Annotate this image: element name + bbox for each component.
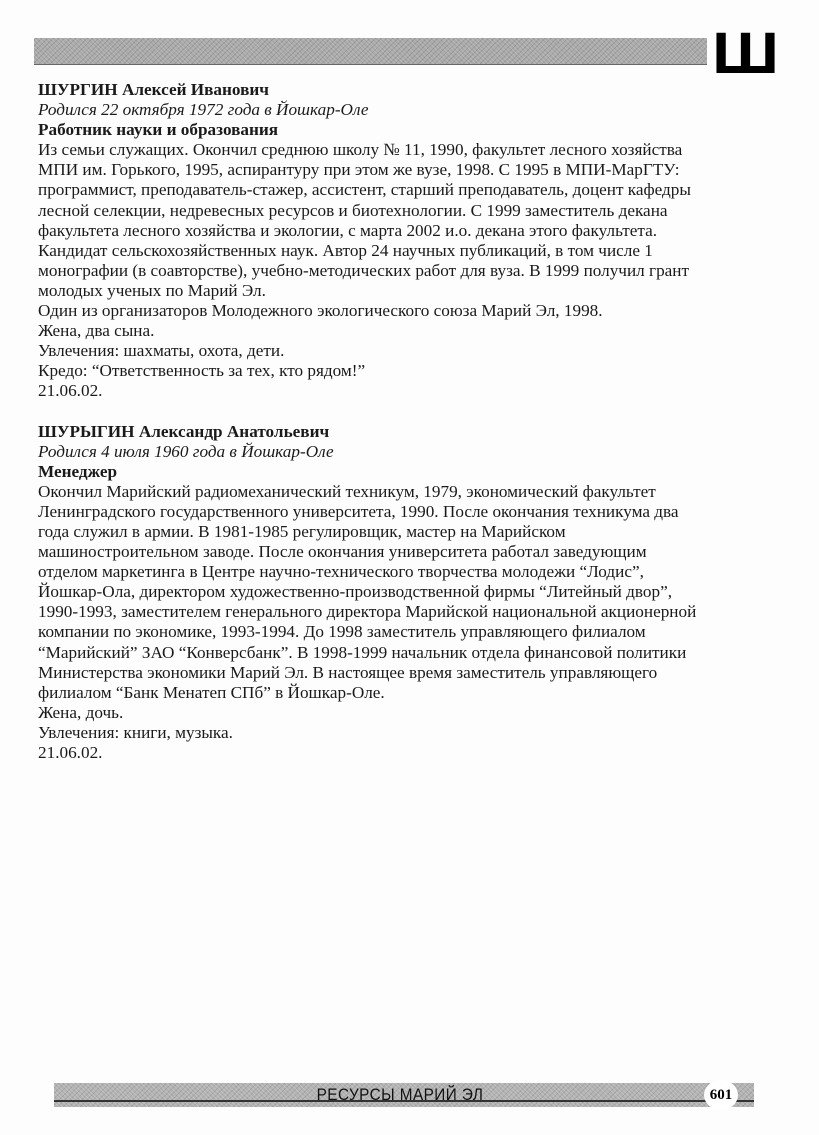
text-line: Кандидат сельскохозяйственных наук. Авто… <box>38 241 778 261</box>
header-decorative-bar <box>34 38 707 65</box>
text-line: отделом маркетинга в Центре научно-техни… <box>38 562 778 582</box>
text-line: Из семьи служащих. Окончил среднюю школу… <box>38 140 778 160</box>
text-line: факультета лесного хозяйства и экологии,… <box>38 221 778 241</box>
text-line: Йошкар-Ола, директором художественно-про… <box>38 582 778 602</box>
text-line: Ленинградского государственного универси… <box>38 502 778 522</box>
text-line: машиностроительном заводе. После окончан… <box>38 542 778 562</box>
text-line: МПИ им. Горького, 1995, аспирантуру при … <box>38 160 778 180</box>
text-line: монографии (в соавторстве), учебно-метод… <box>38 261 778 281</box>
text-line: 21.06.02. <box>38 381 778 401</box>
text-line: лесной селекции, недревесных ресурсов и … <box>38 201 778 221</box>
text-line: Кредо: “Ответственность за тех, кто рядо… <box>38 361 778 381</box>
text-line: Увлечения: книги, музыка. <box>38 723 778 743</box>
biography-text: Из семьи служащих. Окончил среднюю школу… <box>38 140 778 401</box>
profession: Менеджер <box>38 462 778 482</box>
profession: Работник науки и образования <box>38 120 778 140</box>
biography-text: Окончил Марийский радиомеханический техн… <box>38 482 778 763</box>
text-line: программист, преподаватель-стажер, ассис… <box>38 180 778 200</box>
text-line: 21.06.02. <box>38 743 778 763</box>
text-line: филиалом “Банк Менатеп СПб” в Йошкар-Оле… <box>38 683 778 703</box>
footer-title: РЕСУРСЫ МАРИЙ ЭЛ <box>292 1083 508 1107</box>
person-name: ШУРЫГИН Александр Анатольевич <box>38 422 778 442</box>
text-line: Министерства экономики Марий Эл. В насто… <box>38 663 778 683</box>
text-line: “Марийский” ЗАО “Конверсбанк”. В 1998-19… <box>38 643 778 663</box>
section-letter: Ш <box>712 24 779 84</box>
page-content: ШУРГИН Алексей Иванович Родился 22 октяб… <box>38 80 778 783</box>
text-line: компании по экономике, 1993-1994. До 199… <box>38 622 778 642</box>
text-line: Жена, два сына. <box>38 321 778 341</box>
text-line: молодых ученых по Марий Эл. <box>38 281 778 301</box>
text-line: Увлечения: шахматы, охота, дети. <box>38 341 778 361</box>
text-line: Один из организаторов Молодежного эколог… <box>38 301 778 321</box>
page-number: 601 <box>704 1080 738 1110</box>
text-line: Окончил Марийский радиомеханический техн… <box>38 482 778 502</box>
text-line: 1990-1993, заместителем генерального дир… <box>38 602 778 622</box>
text-line: Жена, дочь. <box>38 703 778 723</box>
text-line: года служил в армии. В 1981-1985 регулир… <box>38 522 778 542</box>
birth-info: Родился 4 июля 1960 года в Йошкар-Оле <box>38 442 778 462</box>
biography-entry: ШУРЫГИН Александр Анатольевич Родился 4 … <box>38 422 778 764</box>
birth-info: Родился 22 октября 1972 года в Йошкар-Ол… <box>38 100 778 120</box>
person-name: ШУРГИН Алексей Иванович <box>38 80 778 100</box>
biography-entry: ШУРГИН Алексей Иванович Родился 22 октяб… <box>38 80 778 402</box>
